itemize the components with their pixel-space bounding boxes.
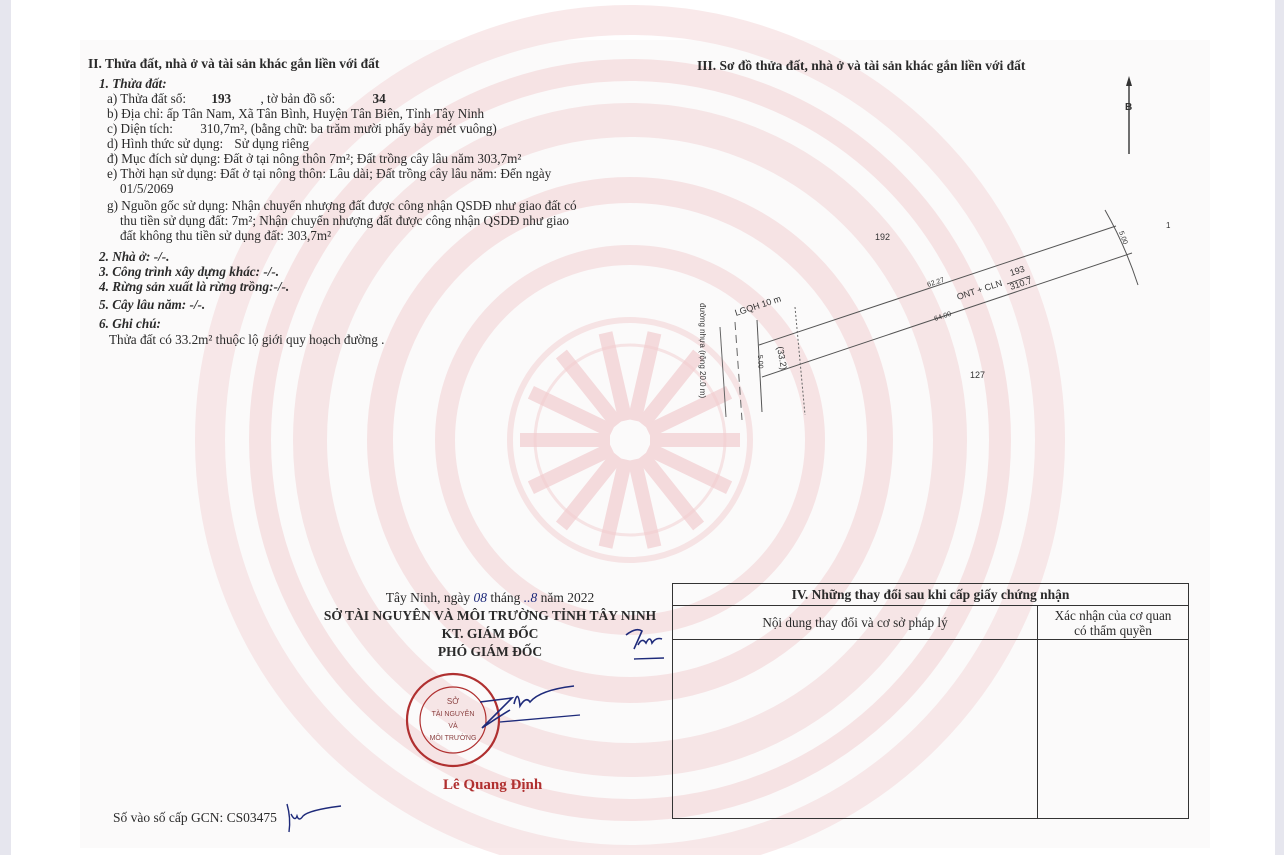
reserved-area: (33.2)	[775, 346, 789, 371]
date-month: ..8	[524, 590, 538, 605]
registry-number: CS03475	[227, 810, 277, 825]
parcel-number-diagram: 193	[1009, 264, 1026, 278]
initial-signature	[620, 615, 670, 665]
svg-text:TÀI NGUYÊN: TÀI NGUYÊN	[432, 709, 475, 718]
road-limit-label: LGQH 10 m	[734, 294, 783, 318]
svg-text:B: B	[1125, 102, 1132, 113]
neighbor-parcel-127: 127	[970, 370, 985, 380]
date-year: năm 2022	[541, 590, 595, 605]
month-label: tháng	[490, 590, 520, 605]
column-header-change-content: Nội dung thay đổi và cơ sở pháp lý	[673, 606, 1038, 640]
edge-right-length: 5.00	[1117, 230, 1128, 245]
edge-top-length: 62.27	[926, 277, 945, 289]
section-4-title: IV. Những thay đổi sau khi cấp giấy chứn…	[673, 584, 1189, 606]
neighbor-parcel-192: 192	[875, 232, 890, 242]
place-date-prefix: Tây Ninh, ngày	[386, 590, 470, 605]
director-signature	[470, 680, 590, 740]
authority-confirmation-cell	[1038, 640, 1189, 819]
edge-left-length: 5.00	[756, 355, 763, 369]
column-header-authority-confirmation: Xác nhận của cơ quan có thẩm quyền	[1038, 606, 1189, 640]
changes-table: IV. Những thay đổi sau khi cấp giấy chứn…	[672, 583, 1189, 819]
north-arrow-icon: B	[1125, 76, 1132, 154]
registry-initials	[283, 800, 343, 835]
signer-name: Lê Quang Định	[443, 777, 542, 794]
registry-row: Số vào số cấp GCN: CS03475	[113, 810, 277, 826]
registry-label: Số vào số cấp GCN:	[113, 810, 223, 825]
svg-text:SỞ: SỞ	[447, 697, 459, 706]
change-content-cell	[673, 640, 1038, 819]
corner-mark: 1	[1166, 221, 1171, 230]
date-day: 08	[473, 590, 487, 605]
parcel-area-diagram: 310.7	[1009, 275, 1034, 291]
road-name-label: đường nhựa (rộng 20.0 m)	[698, 303, 707, 398]
place-date-line: Tây Ninh, ngày 08 tháng ..8 năm 2022	[300, 590, 680, 606]
svg-text:VÀ: VÀ	[448, 721, 458, 730]
edge-bottom-length: 64.00	[933, 311, 952, 323]
